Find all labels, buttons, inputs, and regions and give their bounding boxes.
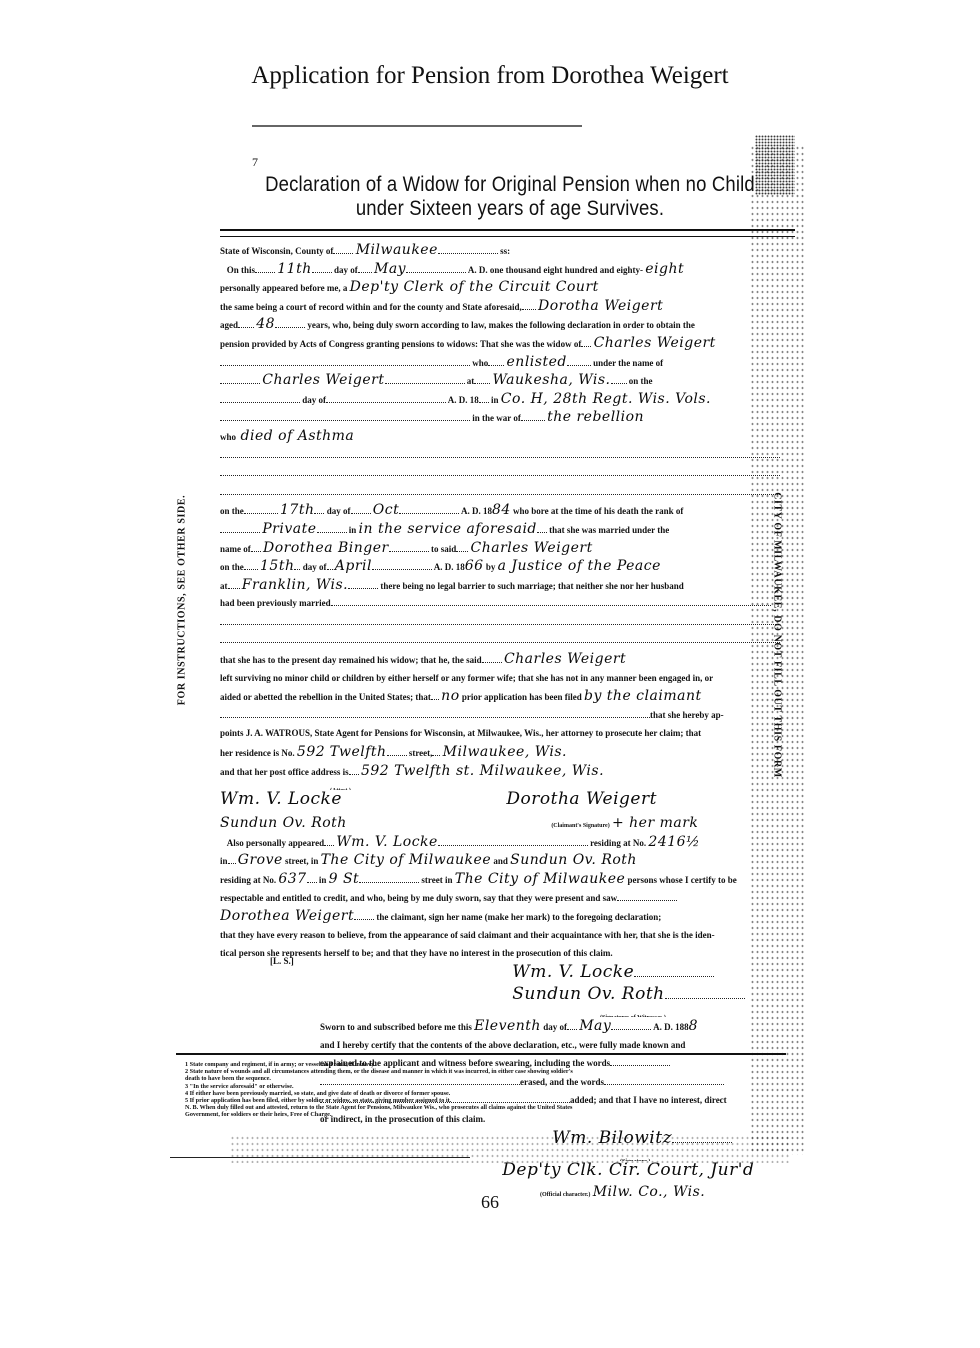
post-office-value: 592 Twelfth st. Milwaukee, Wis. <box>361 763 604 779</box>
no-prior-value: no <box>441 688 459 704</box>
bottom-rule <box>170 1157 470 1158</box>
row-appeared: personally appeared before me, a Dep'ty … <box>220 278 795 297</box>
row-officer-sig: Wm. Bilowitz <box>320 1129 795 1151</box>
witness-signature-1: Wm. V. Locke <box>512 963 634 982</box>
row-signatures-2: Sundun Ov. Roth (Claimant's Signature) +… <box>220 814 795 833</box>
row-wit-sig2: Sundun Ov. Roth <box>220 985 795 1007</box>
witness2-street-value: 9 St <box>329 871 360 887</box>
page-number: 66 <box>0 1192 980 1213</box>
row-witness2-address: residing at No. 637 in 9 St street in Th… <box>220 870 795 889</box>
footnote-rule <box>176 1053 786 1055</box>
footnote: 3 "In the service aforesaid" or otherwis… <box>185 1083 785 1090</box>
footnote: Government, for soldiers or their heirs,… <box>185 1111 785 1118</box>
footnote: 5 If prior application has been filed, e… <box>185 1097 785 1104</box>
row-official-character: Dep'ty Clk. Cir. Court, Jur'd <box>320 1161 795 1183</box>
witness2-no-value: 637 <box>278 871 306 887</box>
married-place-value: Franklin, Wis. <box>242 577 348 593</box>
enlist-place-value: Waukesha, Wis. <box>493 372 611 388</box>
service-value: in the service aforesaid <box>359 521 537 537</box>
seal-mark: [L. S.] <box>270 956 294 966</box>
row-state-county: State of Wisconsin, County of Milwaukee … <box>220 241 795 260</box>
row-believe: that they have every reason to believe, … <box>220 926 795 945</box>
official-character-value: Dep'ty Clk. Cir. Court, Jur'd <box>502 1161 754 1180</box>
cause-value: died of Asthma <box>241 428 355 444</box>
claimant-value: Dorotha Weigert <box>538 298 663 314</box>
row-hereby: that she hereby ap- <box>220 706 795 725</box>
witness1-city-value: The City of Milwaukee <box>321 852 492 868</box>
page-title: Application for Pension from Dorothea We… <box>0 62 980 90</box>
prior-by-value: by the claimant <box>584 688 702 704</box>
pension-form-scan: 7 Declaration of a Widow for Original Pe… <box>170 135 795 1163</box>
footnotes: 1 State company and regiment, if in army… <box>185 1061 785 1119</box>
sworn-day-value: Eleventh <box>474 1018 541 1034</box>
row-date: On this 11th day of May A. D. one thousa… <box>220 260 795 279</box>
age-value: 48 <box>256 316 275 332</box>
row-post-office: and that her post office address is 592 … <box>220 762 795 781</box>
officiant-value: a Justice of the Peace <box>498 558 661 574</box>
row-blank-5 <box>220 631 795 650</box>
war-value: the rebellion <box>547 409 644 425</box>
row-maiden-name: name of Dorothea Binger to said Charles … <box>220 539 795 558</box>
form-title-line1: Declaration of a Widow for Original Pens… <box>265 173 755 196</box>
row-sig-caption: (Signature.) <box>320 1151 795 1161</box>
row-blank-4 <box>220 613 795 632</box>
year-value: eight <box>645 261 684 277</box>
officer-signature: Wm. Bilowitz <box>552 1129 672 1148</box>
witness1-no-value: 2416½ <box>648 834 700 850</box>
husband3-value: Charles Weigert <box>504 651 626 667</box>
row-court: the same being a court of record within … <box>220 297 795 316</box>
footnote: 4 If either have been previously married… <box>185 1090 785 1097</box>
rank-value: Private <box>262 521 316 537</box>
witness2-value: Sundun Ov. Roth <box>510 852 637 868</box>
row-unit: day of A. D. 18 in Co. H, 28th Regt. Wis… <box>220 390 795 409</box>
footnote: 1 State company and regiment, if in army… <box>185 1061 785 1068</box>
husband2-value: Charles Weigert <box>471 540 593 556</box>
row-certify: and I hereby certify that the contents o… <box>320 1036 795 1055</box>
row-residence: her residence is No. 592 Twelfth street,… <box>220 743 795 762</box>
row-no-minor: left surviving no minor child or childre… <box>220 669 795 688</box>
row-respectable: respectable and entitled to credit, and … <box>220 889 795 908</box>
witness-signature-2: Sundun Ov. Roth <box>512 985 664 1004</box>
row-attest-label: (Attest.) <box>220 780 795 790</box>
row-aged: aged 48 years, who, being duly sworn acc… <box>220 315 795 334</box>
row-signatures-1: Wm. V. Locke Dorotha Weigert <box>220 790 795 814</box>
row-identical: tical person she represents herself to b… <box>220 944 795 963</box>
row-witness1-address: in Grove street, in The City of Milwauke… <box>220 851 795 870</box>
row-marriage-place: at Franklin, Wis. there being no legal b… <box>220 576 795 595</box>
row-sworn: Sworn to and subscribed before me this E… <box>320 1017 795 1036</box>
unit-value: Co. H, 28th Regt. Wis. Vols. <box>501 391 711 407</box>
married-year-value: 66 <box>465 558 484 574</box>
form-title: Declaration of a Widow for Original Pens… <box>264 173 757 221</box>
title-double-rule <box>220 229 795 237</box>
mark-note: + her mark <box>612 815 698 831</box>
residence-no-value: 592 <box>297 744 325 760</box>
death-day-value: 17th <box>280 502 314 518</box>
row-enlisted-name: Charles Weigert at Waukesha, Wis. on the <box>220 371 795 390</box>
corner-mark: 7 <box>252 155 258 170</box>
row-death-date: on the 17th day of Oct A. D. 1884 who bo… <box>220 501 795 520</box>
day-value: 11th <box>277 261 311 277</box>
row-rank: Private in in the service aforesaid that… <box>220 520 795 539</box>
attest-signature-2: Sundun Ov. Roth <box>220 815 347 831</box>
footnote: death to have been the sequence. <box>185 1075 785 1082</box>
county-value: Milwaukee <box>356 242 438 258</box>
row-cause: who died of Asthma <box>220 427 795 446</box>
row-blank-1 <box>220 446 795 465</box>
row-wit-sig1: Wm. V. Locke <box>220 963 795 985</box>
enlisted-value: enlisted <box>507 354 567 370</box>
footnote: N. B. When duly filled out and attested,… <box>185 1104 785 1111</box>
row-war: in the war of the rebellion <box>220 408 795 427</box>
row-blank-3 <box>220 483 795 502</box>
maiden-name-value: Dorothea Binger <box>263 540 389 556</box>
sworn-year-value: 8 <box>689 1018 698 1034</box>
month-value: May <box>374 261 406 277</box>
husband-value: Charles Weigert <box>594 335 716 351</box>
row-appoints: points J. A. WATROUS, State Agent for Pe… <box>220 724 795 743</box>
row-remained: that she has to the present day remained… <box>220 650 795 669</box>
row-also-appeared: Also personally appeared Wm. V. Locke re… <box>220 833 795 852</box>
residence-city-value: Milwaukee, Wis. <box>443 744 567 760</box>
witness1-value: Wm. V. Locke <box>336 834 437 850</box>
top-rule <box>252 125 582 127</box>
row-wit-caption: (Signatures of Witnesses.) <box>220 1007 795 1017</box>
witness1-street-value: Grove <box>238 852 283 868</box>
row-blank-2 <box>220 464 795 483</box>
side-text-left: FOR INSTRUCTIONS, SEE OTHER SIDE. <box>174 435 190 765</box>
married-month-value: April <box>335 558 372 574</box>
death-month-value: Oct <box>373 502 399 518</box>
claimant2-value: Dorothea Weigert <box>220 908 354 924</box>
row-aided: aided or abetted the rebellion in the Un… <box>220 687 795 706</box>
residence-street-value: Twelfth <box>330 744 387 760</box>
form-title-line2: under Sixteen years of age Survives. <box>264 197 757 221</box>
claimant-signature: Dorotha Weigert <box>506 790 657 809</box>
footnote: 2 State nature of wounds and all circums… <box>185 1068 785 1075</box>
attest-signature-1: Wm. V. Locke <box>220 790 342 809</box>
death-year-value: 84 <box>492 502 511 518</box>
official-value: Dep'ty Clerk of the Circuit Court <box>350 279 599 295</box>
witness2-city-value: The City of Milwaukee <box>455 871 626 887</box>
row-marriage-date: on the 15th day of April A. D. 1866 by a… <box>220 557 795 576</box>
row-enlisted: who enlisted under the name of <box>220 353 795 372</box>
row-widow-of: pension provided by Acts of Congress gra… <box>220 334 795 353</box>
sworn-month-value: May <box>579 1018 611 1034</box>
scan-noise-corner <box>755 135 795 195</box>
row-prev-married: had been previously married <box>220 594 795 613</box>
row-saw-claimant: Dorothea Weigert the claimant, sign her … <box>220 907 795 926</box>
married-day-value: 15th <box>260 558 294 574</box>
enlisted-name-value: Charles Weigert <box>262 372 384 388</box>
